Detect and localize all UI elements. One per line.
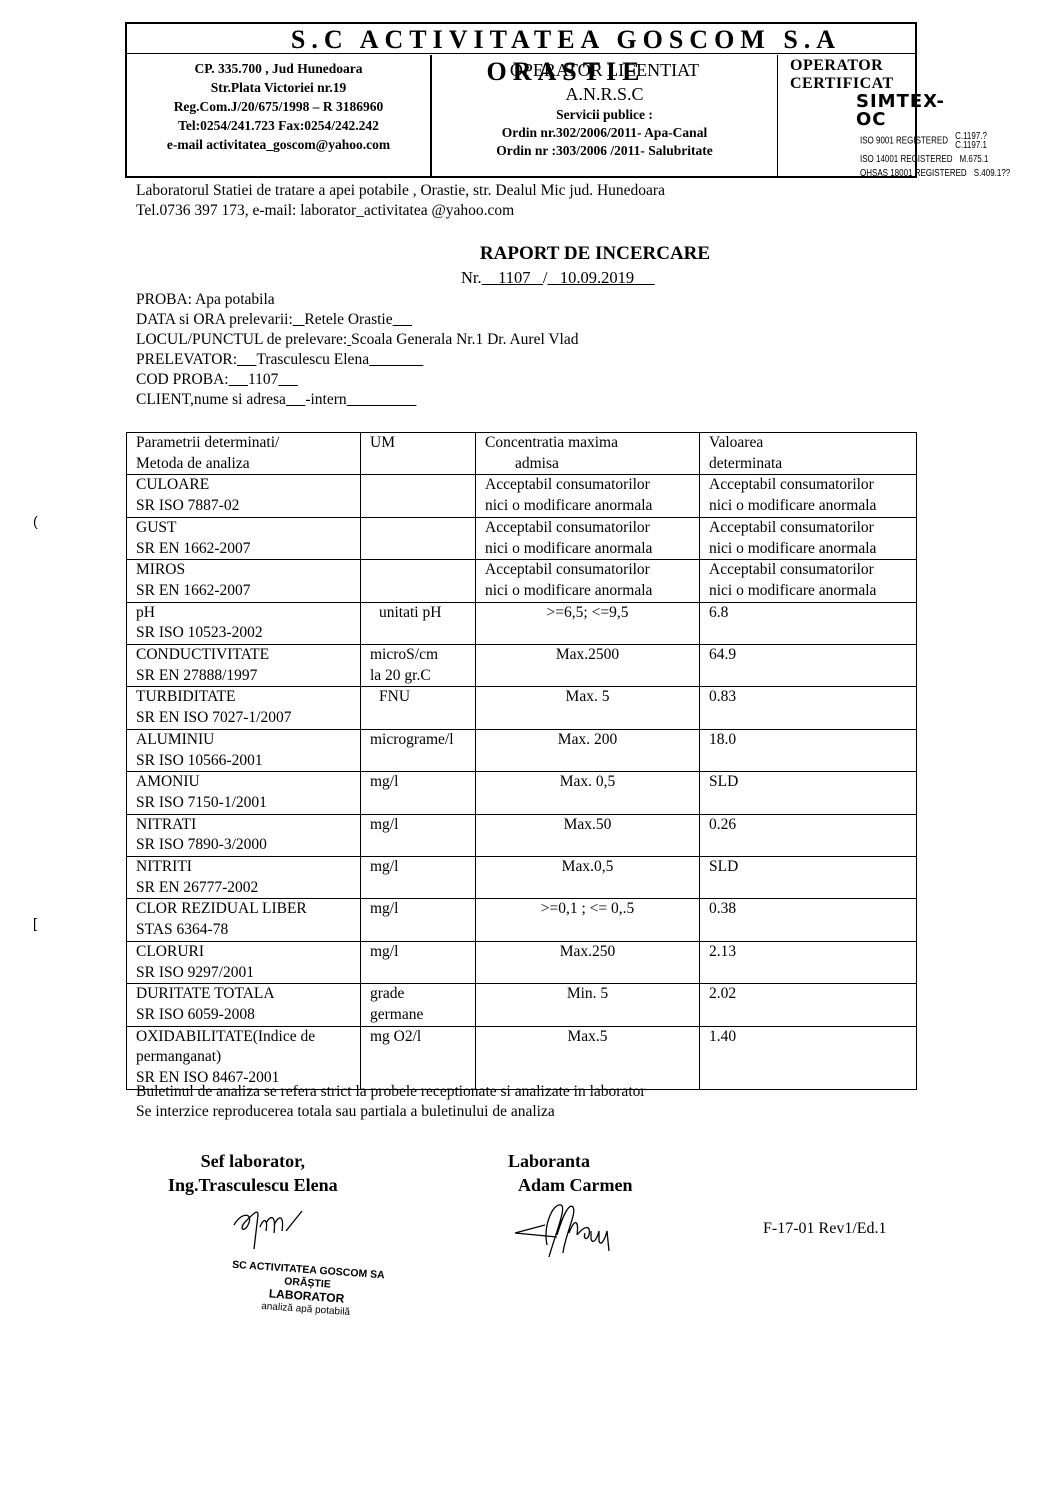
table-header-row: Parametrii determinati/Metoda de analiza… — [127, 433, 917, 475]
cell-um: mg/l — [361, 814, 476, 856]
report-title: RAPORT DE INCERCARE — [0, 243, 1055, 265]
cell-um: microS/cmla 20 gr.C — [361, 645, 476, 687]
cell-um — [361, 517, 476, 559]
report-number-prefix: Nr. — [461, 268, 482, 287]
cell-parameter: GUSTSR EN 1662-2007 — [127, 517, 361, 559]
cell-determined-value: SLD — [700, 857, 917, 899]
certificate-line: ISO 14001 REGISTERED M.675.1 — [860, 154, 904, 165]
table-row: GUSTSR EN 1662-2007 Acceptabil consumato… — [127, 517, 917, 559]
cell-max-concentration: Max.250 — [476, 941, 700, 983]
cell-max-concentration: >=6,5; <=9,5 — [476, 602, 700, 644]
cell-determined-value: 2.13 — [700, 941, 917, 983]
table-row: pHSR ISO 10523-2002unitati pH>=6,5; <=9,… — [127, 602, 917, 644]
margin-mark: [ — [33, 915, 37, 931]
table-row: ALUMINIUSR ISO 10566-2001micrograme/lMax… — [127, 729, 917, 771]
sample-date: DATA si ORA prelevarii: Retele Orastie — [136, 310, 579, 330]
signature-name: Ing.Trasculescu Elena — [168, 1173, 338, 1197]
cell-um: mg/l — [361, 857, 476, 899]
signature-scribble-left — [224, 1203, 344, 1253]
contact-line: Str.Plata Victoriei nr.19 — [127, 78, 430, 97]
cell-max-concentration: Max.50 — [476, 814, 700, 856]
cell-parameter: AMONIUSR ISO 7150-1/2001 — [127, 772, 361, 814]
cell-um: micrograme/l — [361, 729, 476, 771]
cell-um: gradegermane — [361, 984, 476, 1026]
cell-um: mg O2/l — [361, 1026, 476, 1089]
cell-max-concentration: Max.5 — [476, 1026, 700, 1089]
services-label: Servicii publice : — [432, 106, 777, 124]
cell-um — [361, 475, 476, 517]
table-row: CLOR REZIDUAL LIBERSTAS 6364-78mg/l>=0,1… — [127, 899, 917, 941]
order-line: Ordin nr :303/2006 /2011- Salubritate — [432, 142, 777, 160]
cell-parameter: CLOR REZIDUAL LIBERSTAS 6364-78 — [127, 899, 361, 941]
report-number-value: 1107 — [498, 268, 530, 287]
company-title: S.C ACTIVITATEA GOSCOM S.A ORASTIE — [127, 24, 915, 54]
authority: A.N.R.S.C — [432, 82, 777, 106]
cell-parameter: CULOARESR ISO 7887-02 — [127, 475, 361, 517]
order-line: Ordin nr.302/2006/2011- Apa-Canal — [432, 124, 777, 142]
lab-stamp: SC ACTIVITATEA GOSCOM SA ORĂȘTIE LABORAT… — [210, 1257, 403, 1322]
company-header: S.C ACTIVITATEA GOSCOM S.A ORASTIE CP. 3… — [125, 22, 917, 178]
table-row: CULOARESR ISO 7887-02 Acceptabil consuma… — [127, 475, 917, 517]
signature-name: Adam Carmen — [518, 1173, 633, 1197]
cell-parameter: DURITATE TOTALASR ISO 6059-2008 — [127, 984, 361, 1026]
cell-max-concentration: Max.0,5 — [476, 857, 700, 899]
cell-um: mg/l — [361, 899, 476, 941]
cell-determined-value: SLD — [700, 772, 917, 814]
table-row: DURITATE TOTALASR ISO 6059-2008gradegerm… — [127, 984, 917, 1026]
sample-client: CLIENT,nume si adresa -intern — [136, 390, 579, 410]
certificate-label: ISO 9001 REGISTERED — [860, 136, 948, 147]
cell-determined-value: 1.40 — [700, 1026, 917, 1089]
cell-parameter: CLORURISR ISO 9297/2001 — [127, 941, 361, 983]
cell-determined-value: 64.9 — [700, 645, 917, 687]
sample-location: LOCUL/PUNCTUL de prelevare: Scoala Gener… — [136, 330, 579, 350]
cell-determined-value: Acceptabil consumatorilornici o modifica… — [700, 517, 917, 559]
header-um: UM — [361, 433, 476, 475]
cell-parameter: pHSR ISO 10523-2002 — [127, 602, 361, 644]
signature-scribble-right — [505, 1195, 645, 1265]
sample-info: PROBA: Apa potabila DATA si ORA prelevar… — [136, 290, 579, 410]
sample-collector: PRELEVATOR: Trasculescu Elena — [136, 350, 579, 370]
operator-licentiat: OPERATOR LICENTIAT — [432, 58, 777, 82]
table-row: CONDUCTIVITATESR EN 27888/1997microS/cml… — [127, 645, 917, 687]
contact-line: Tel:0254/241.723 Fax:0254/242.242 — [127, 116, 430, 135]
cell-um — [361, 560, 476, 602]
cell-max-concentration: Max. 200 — [476, 729, 700, 771]
cell-parameter: TURBIDITATESR EN ISO 7027-1/2007 — [127, 687, 361, 729]
operator-license: OPERATOR LICENTIAT A.N.R.S.C Servicii pu… — [432, 55, 778, 176]
contact-line: Reg.Com.J/20/675/1998 – R 3186960 — [127, 97, 430, 116]
company-contact: CP. 335.700 , Jud Hunedoara Str.Plata Vi… — [127, 55, 432, 176]
table-row: NITRATISR ISO 7890-3/2000mg/lMax.500.26 — [127, 814, 917, 856]
cell-parameter: NITRATISR ISO 7890-3/2000 — [127, 814, 361, 856]
cell-determined-value: 2.02 — [700, 984, 917, 1026]
cell-parameter: OXIDABILITATE(Indice depermanganat)SR EN… — [127, 1026, 361, 1089]
cell-max-concentration: Acceptabil consumatorilornici o modifica… — [476, 560, 700, 602]
table-row: OXIDABILITATE(Indice depermanganat)SR EN… — [127, 1026, 917, 1089]
header-parameter: Parametrii determinati/Metoda de analiza — [127, 433, 361, 475]
certificate-name: SIMTEX-OC — [856, 93, 915, 129]
cell-determined-value: 18.0 — [700, 729, 917, 771]
cell-determined-value: 0.26 — [700, 814, 917, 856]
lab-contact: Tel.0736 397 173, e-mail: laborator_acti… — [136, 201, 665, 221]
cell-determined-value: 0.38 — [700, 899, 917, 941]
disclaimer-line: Se interzice reproducerea totala sau par… — [136, 1102, 646, 1122]
cell-max-concentration: Max.2500 — [476, 645, 700, 687]
cell-max-concentration: Acceptabil consumatorilornici o modifica… — [476, 517, 700, 559]
cell-um: unitati pH — [361, 602, 476, 644]
certificate-code: C.1197.1 — [955, 140, 987, 151]
certificate-code: M.675.1 — [960, 154, 989, 165]
cell-parameter: NITRITISR EN 26777-2002 — [127, 857, 361, 899]
lab-info: Laboratorul Statiei de tratare a apei po… — [136, 181, 665, 221]
cell-max-concentration: Max. 5 — [476, 687, 700, 729]
signature-lab-technician: Laboranta Adam Carmen — [508, 1149, 633, 1197]
cell-determined-value: Acceptabil consumatorilornici o modifica… — [700, 475, 917, 517]
sample-proba: PROBA: Apa potabila — [136, 290, 579, 310]
disclaimer-line: Buletinul de analiza se refera strict la… — [136, 1082, 646, 1102]
contact-line: CP. 335.700 , Jud Hunedoara — [127, 59, 430, 78]
cell-um: FNU — [361, 687, 476, 729]
sample-code: COD PROBA: 1107 — [136, 370, 579, 390]
cell-parameter: MIROSSR EN 1662-2007 — [127, 560, 361, 602]
margin-mark: ( — [33, 513, 38, 529]
cell-max-concentration: Max. 0,5 — [476, 772, 700, 814]
table-row: NITRITISR EN 26777-2002mg/lMax.0,5SLD — [127, 857, 917, 899]
header-determined-value: Valoareadeterminata — [700, 433, 917, 475]
signature-title: Sef laborator, — [168, 1149, 338, 1173]
cell-max-concentration: >=0,1 ; <= 0,.5 — [476, 899, 700, 941]
table-row: AMONIUSR ISO 7150-1/2001mg/lMax. 0,5SLD — [127, 772, 917, 814]
report-date: 10.09.2019 — [560, 268, 634, 287]
signature-lab-head: Sef laborator, Ing.Trasculescu Elena — [168, 1149, 338, 1197]
results-table: Parametrii determinati/Metoda de analiza… — [126, 432, 917, 1090]
certificate-title: OPERATOR CERTIFICAT — [790, 57, 915, 93]
form-code: F-17-01 Rev1/Ed.1 — [763, 1219, 887, 1239]
cell-determined-value: 6.8 — [700, 602, 917, 644]
disclaimer: Buletinul de analiza se refera strict la… — [136, 1082, 646, 1122]
certificate-label: OHSAS 18001 REGISTERED — [860, 168, 967, 179]
cell-um: mg/l — [361, 772, 476, 814]
cell-max-concentration: Min. 5 — [476, 984, 700, 1026]
contact-line: e-mail activitatea_goscom@yahoo.com — [127, 135, 430, 154]
certificate-line: ISO 9001 REGISTERED C.1197.? C.1197.1 — [860, 132, 904, 150]
cell-um: mg/l — [361, 941, 476, 983]
certificate-label: ISO 14001 REGISTERED — [860, 154, 952, 165]
table-row: MIROSSR EN 1662-2007 Acceptabil consumat… — [127, 560, 917, 602]
certificate-line: OHSAS 18001 REGISTERED S.409.1?? — [860, 168, 904, 179]
header-max-concentration: Concentratia maximaadmisa — [476, 433, 700, 475]
signature-title: Laboranta — [508, 1149, 633, 1173]
cell-determined-value: Acceptabil consumatorilornici o modifica… — [700, 560, 917, 602]
certificate-code: S.409.1?? — [974, 168, 1010, 179]
cell-parameter: CONDUCTIVITATESR EN 27888/1997 — [127, 645, 361, 687]
table-row: TURBIDITATESR EN ISO 7027-1/2007FNUMax. … — [127, 687, 917, 729]
cell-determined-value: 0.83 — [700, 687, 917, 729]
operator-certificate: OPERATOR CERTIFICAT SIMTEX-OC ISO 9001 R… — [778, 55, 915, 176]
cell-parameter: ALUMINIUSR ISO 10566-2001 — [127, 729, 361, 771]
report-number: Nr. 1107 / 10.09.2019 — [461, 268, 655, 288]
lab-address: Laboratorul Statiei de tratare a apei po… — [136, 181, 665, 201]
cell-max-concentration: Acceptabil consumatorilornici o modifica… — [476, 475, 700, 517]
table-row: CLORURISR ISO 9297/2001mg/lMax.2502.13 — [127, 941, 917, 983]
